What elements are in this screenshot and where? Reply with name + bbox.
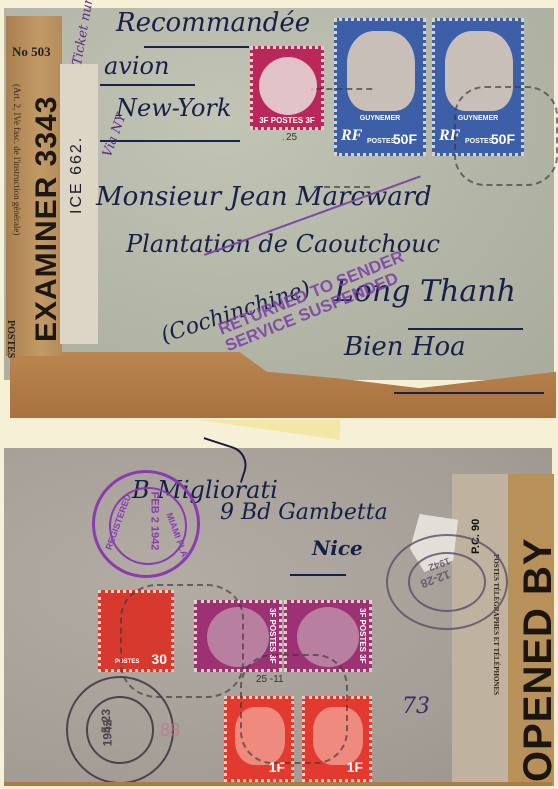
ink-underline [394,392,544,394]
handwritten-recommandee: Recommandée [116,8,310,38]
ink-underline [100,84,195,86]
cover-front: No 503 EXAMINER 3343 (Art. 2, IVe fasc. … [4,4,556,424]
sender-city: Nice [312,536,363,560]
handwritten-avion: avion [104,52,169,80]
ink-underline [144,46,249,48]
cancel-date: 25 [286,132,297,143]
purple-via-note: Via NY [100,154,145,169]
hexagonal-cancel [454,86,558,186]
ink-underline [408,328,523,330]
registered-miami-cancel: REGISTERED MIAMI FLA. FEB 2 1942 [92,470,200,578]
ink-underline [100,140,240,142]
handwritten-new-york: New-York [116,94,231,122]
pencil-note: 73 [402,694,430,719]
ink-underline [290,574,346,576]
cancel-inner-ring [86,696,154,764]
opened-by-tape: OPENED BY [508,474,554,786]
back-bottom-edge [4,782,552,786]
hexagonal-cancel [240,654,348,764]
address-line-province: Bien Hoa [344,332,466,362]
cancel-date: 25 -11 [256,674,284,685]
address-line-recipient: Monsieur Jean Marcward [96,182,432,212]
cover-back: P.C. 90 OPENED BY POSTES TÉLÉGRAPHES ET … [0,444,552,789]
sender-street: 9 Bd Gambetta [220,500,388,525]
censor-postes-label: POSTES [16,320,54,331]
censor-number: No 503 [12,44,51,60]
new-york-foreign-cancel: 5-23 1942 [66,676,174,784]
pink-mark: 88 [160,720,180,741]
examiner-label: EXAMINER 3343 [26,74,62,344]
cancel-inner-ring: 12-28 1942 [408,552,486,612]
album-page-tab [200,420,340,440]
tape-small-text: POSTES TÉLÉGRAPHES ET TÉLÉPHONES [500,554,558,562]
new-york-foreign-cancel: 12-28 1942 [386,534,508,630]
